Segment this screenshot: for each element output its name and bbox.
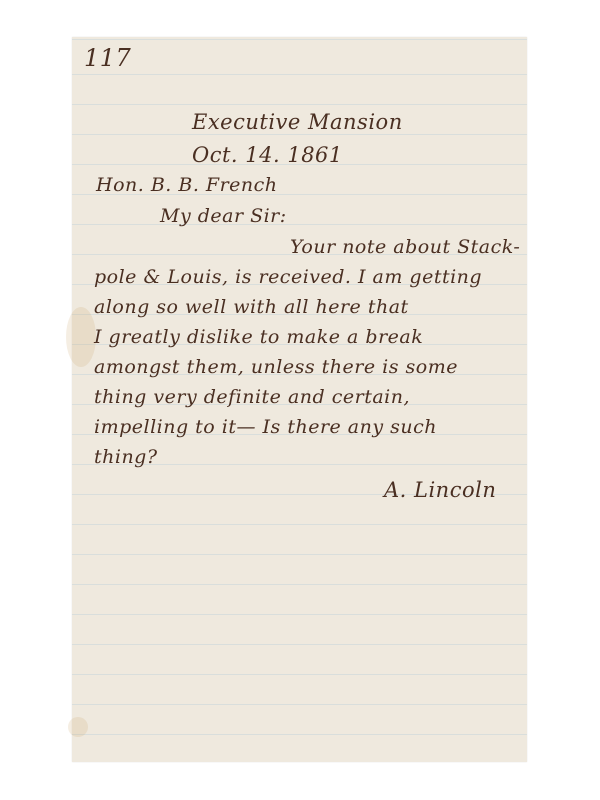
signature: A. Lincoln <box>384 478 496 502</box>
body-line: impelling to it— Is there any such <box>94 416 437 438</box>
body-line: along so well with all here that <box>94 296 409 318</box>
body-line: thing? <box>94 446 158 468</box>
page-number: 117 <box>84 44 131 72</box>
body-line: thing very definite and certain, <box>94 386 410 408</box>
date-heading: Oct. 14. 1861 <box>192 143 343 167</box>
body-line: pole & Louis, is received. I am getting <box>94 266 482 288</box>
body-line: I greatly dislike to make a break <box>94 326 423 348</box>
body-line: Your note about Stack- <box>290 236 520 258</box>
salutation: My dear Sir: <box>160 205 287 227</box>
body-line: amongst them, unless there is some <box>94 356 458 378</box>
age-stain <box>66 307 96 367</box>
age-stain <box>68 717 88 737</box>
place-heading: Executive Mansion <box>192 110 403 134</box>
addressee: Hon. B. B. French <box>96 174 278 196</box>
